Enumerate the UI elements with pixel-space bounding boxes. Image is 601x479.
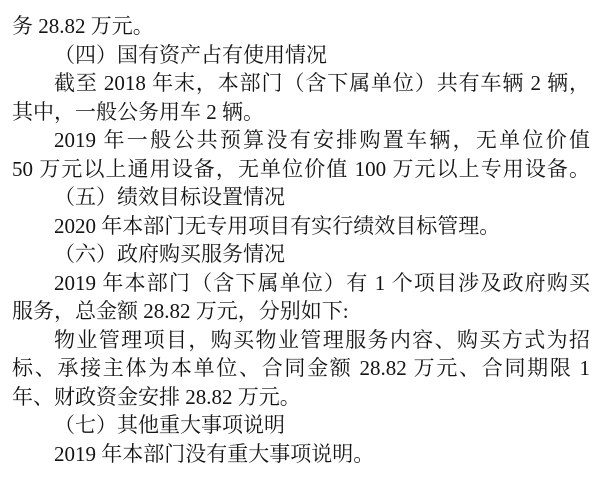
text-line: 物业管理项目，购买物业管理服务内容、购买方式为招 xyxy=(12,326,590,355)
text-line: 服务，总金额 28.82 万元，分别如下: xyxy=(12,297,590,326)
section-heading-6: （六）政府购买服务情况 xyxy=(12,240,590,269)
text-line: 2019 年本部门没有重大事项说明。 xyxy=(12,440,590,469)
section-heading-5: （五）绩效目标设置情况 xyxy=(12,183,590,212)
text-line: 50 万元以上通用设备，无单位价值 100 万元以上专用设备。 xyxy=(12,155,590,184)
text-line: 2019 年一般公共预算没有安排购置车辆，无单位价值 xyxy=(12,126,590,155)
text-line: 截至 2018 年末，本部门（含下属单位）共有车辆 2 辆， xyxy=(12,69,590,98)
text-line: 2019 年本部门（含下属单位）有 1 个项目涉及政府购买 xyxy=(12,269,590,298)
section-heading-4: （四）国有资产占有使用情况 xyxy=(12,41,590,70)
text-line: 其中，一般公务用车 2 辆。 xyxy=(12,98,590,127)
text-line: 2020 年本部门无专用项目有实行绩效目标管理。 xyxy=(12,212,590,241)
text-line: 年、财政资金安排 28.82 万元。 xyxy=(12,383,590,412)
section-heading-7: （七）其他重大事项说明 xyxy=(12,411,590,440)
text-line-continuation: 务 28.82 万元。 xyxy=(12,12,590,41)
text-line: 标、承接主体为本单位、合同金额 28.82 万元、合同期限 1 xyxy=(12,354,590,383)
document-page: 务 28.82 万元。 （四）国有资产占有使用情况 截至 2018 年末，本部门… xyxy=(0,0,601,479)
